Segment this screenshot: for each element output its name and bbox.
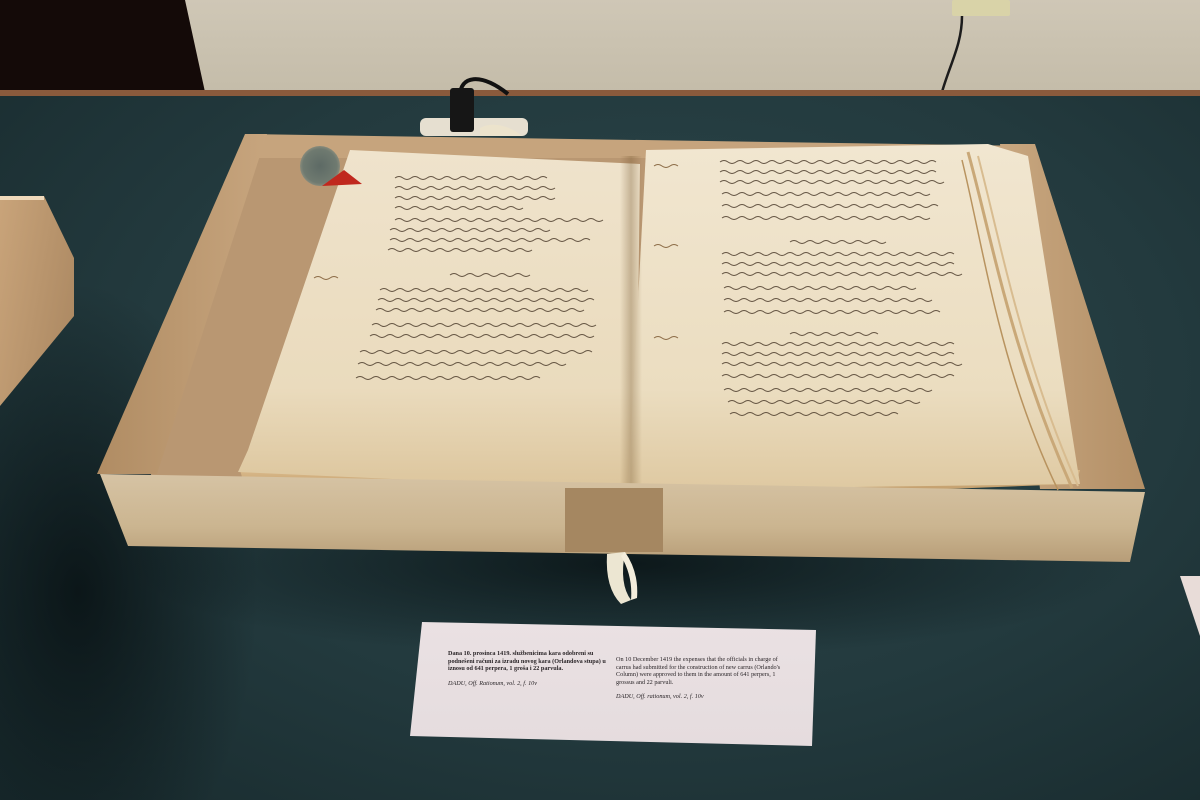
handwritten-text-right-page xyxy=(650,150,980,430)
label-croatian: Dana 10. prosinca 1419. službenicima kar… xyxy=(448,650,608,687)
power-plug-icon xyxy=(410,66,540,136)
dark-doorway xyxy=(0,0,205,92)
exhibit-label-card: Dana 10. prosinca 1419. službenicima kar… xyxy=(410,622,816,746)
label-english-text: On 10 December 1419 the expenses that th… xyxy=(616,656,792,686)
box-rim xyxy=(0,196,44,200)
box-front-notch xyxy=(565,488,663,552)
box-pull-tab xyxy=(603,548,643,606)
handwritten-text-left-page xyxy=(300,160,640,390)
wall-cable xyxy=(940,14,970,94)
label-croatian-reference: DADU, Off. Rationum, vol. 2, f. 10v xyxy=(448,680,608,688)
label-croatian-text: Dana 10. prosinca 1419. službenicima kar… xyxy=(448,650,608,673)
label-english-reference: DADU, Off. rationum, vol. 2, f. 10v xyxy=(616,693,792,701)
label-english: On 10 December 1419 the expenses that th… xyxy=(616,656,792,701)
